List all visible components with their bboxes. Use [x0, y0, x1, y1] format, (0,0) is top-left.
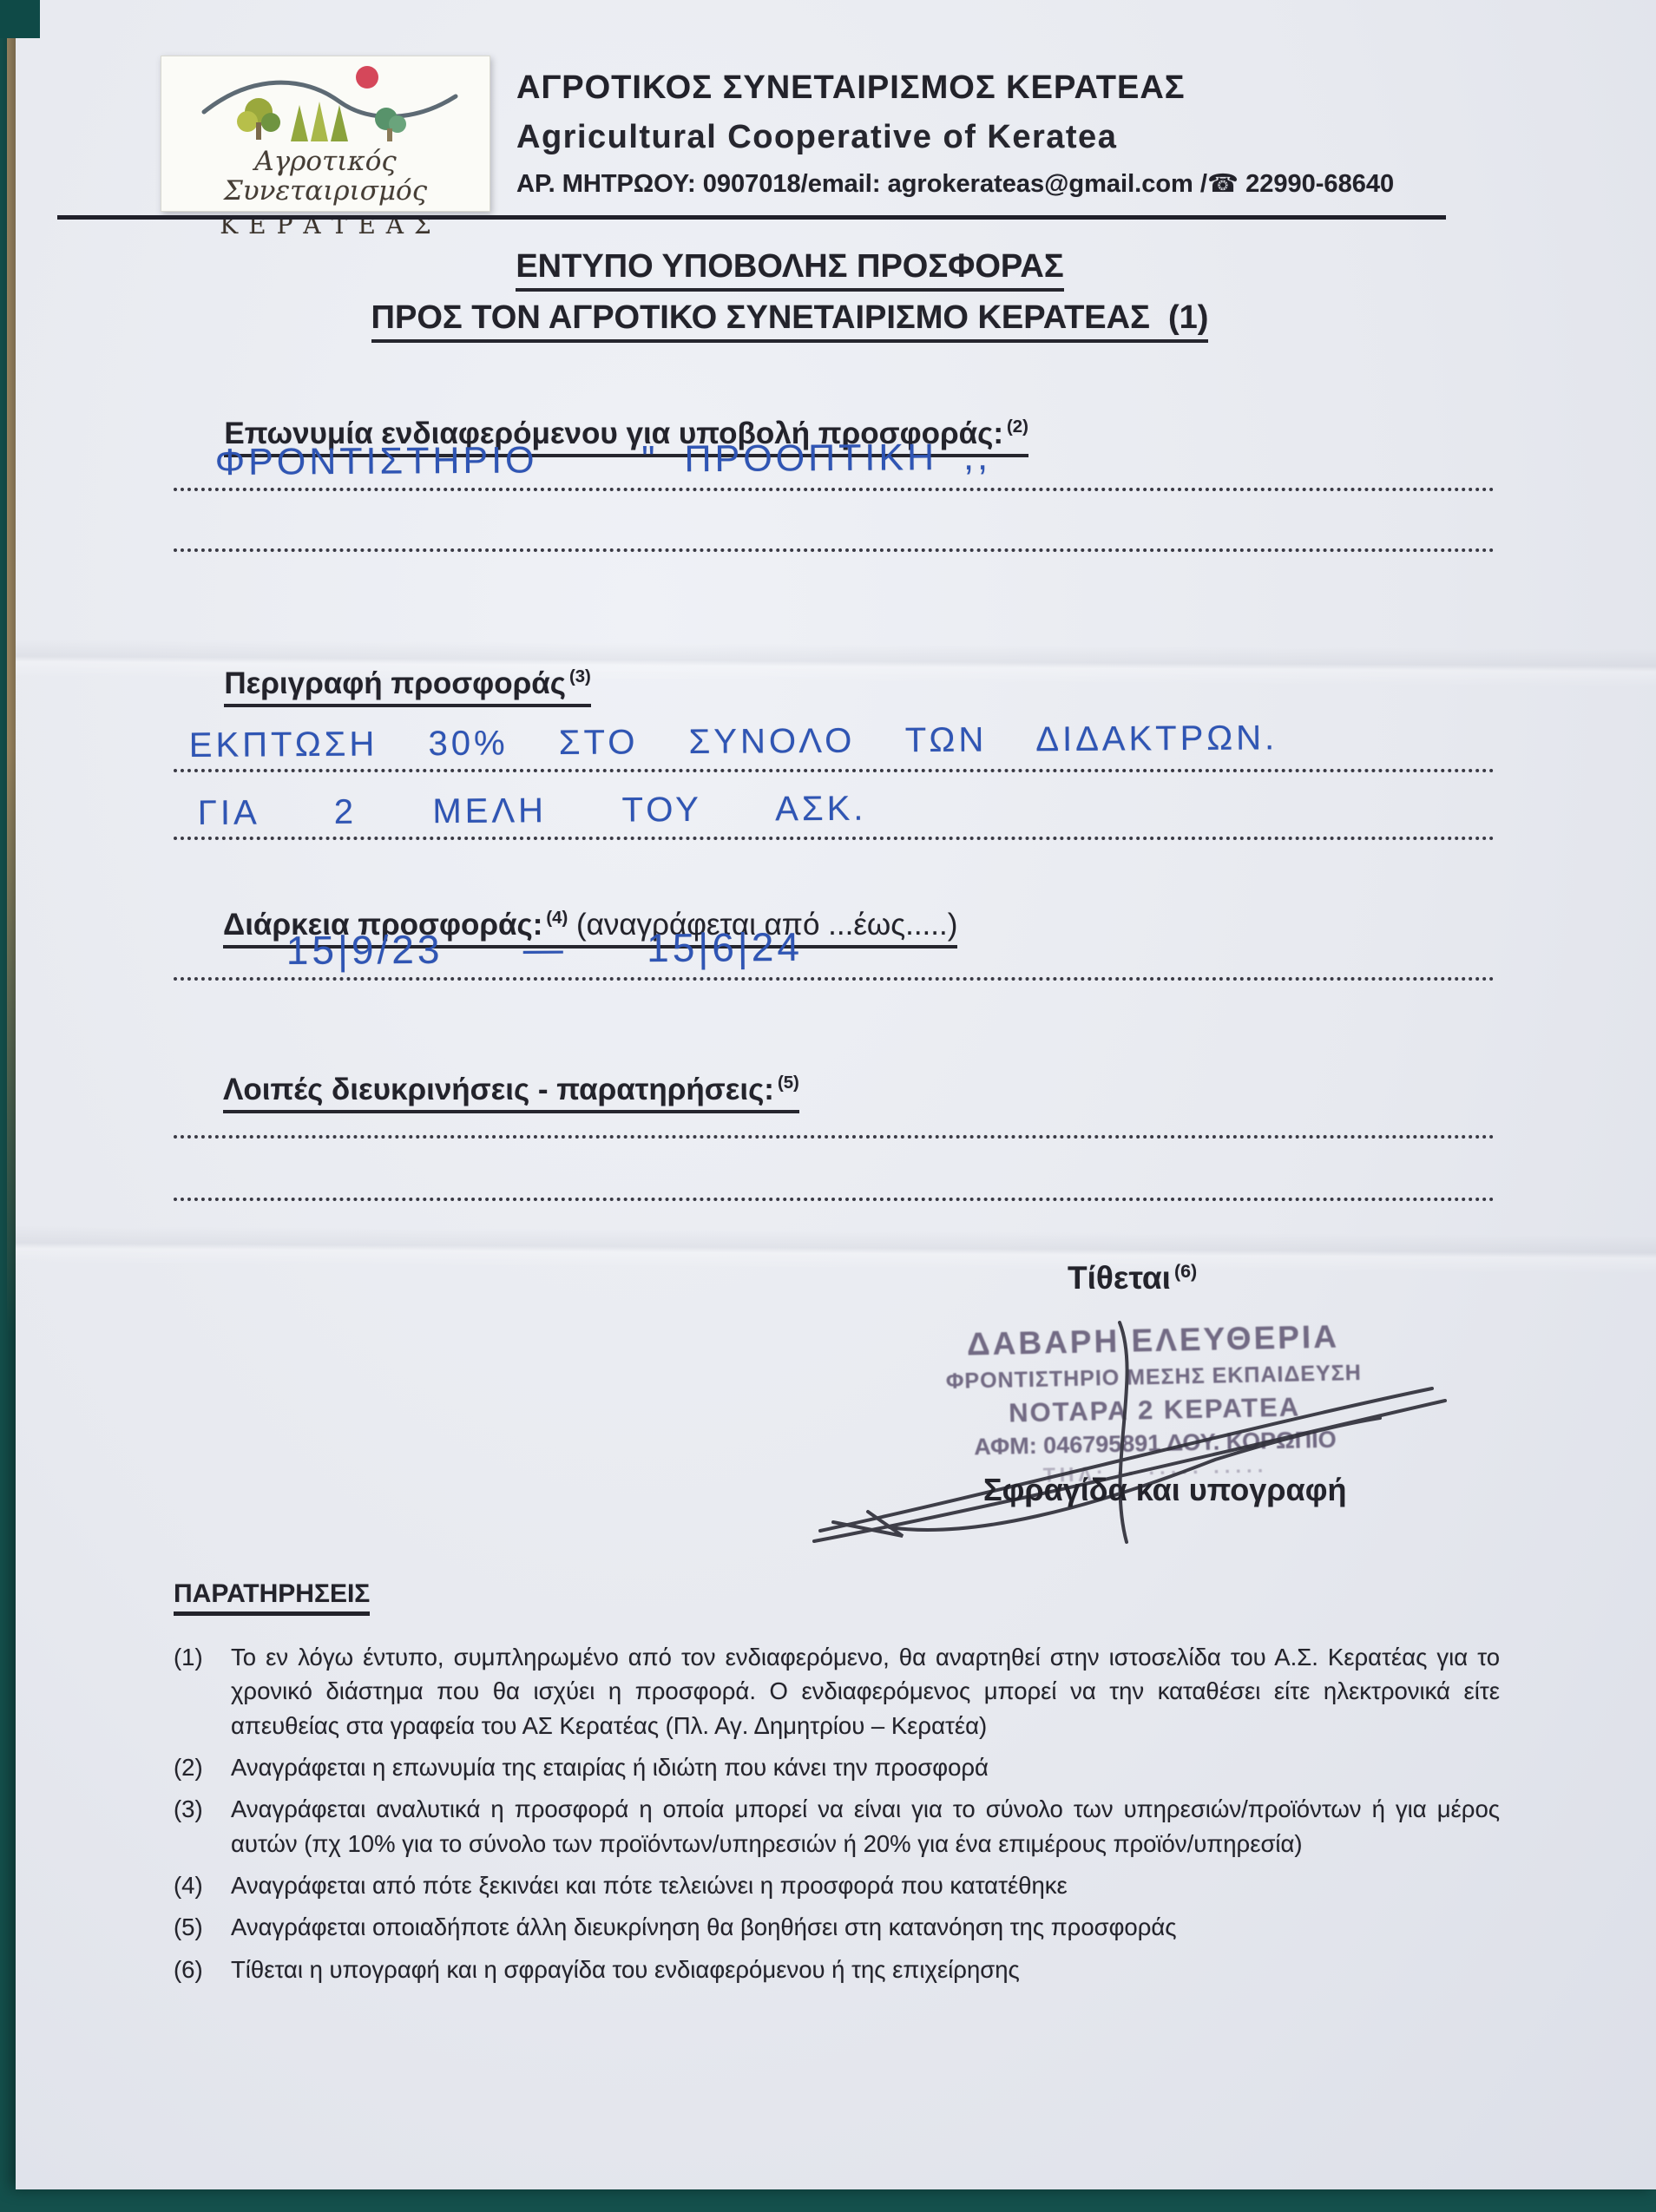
note-item: (4) Αναγράφεται από πότε ξεκινάει και πό…: [174, 1868, 1500, 1902]
handwritten-offer-description-line2: ΓΙΑ 2 ΜΕΛΗ ΤΟΥ ΑΣΚ.: [198, 790, 867, 833]
note-item: (2) Αναγράφεται η επωνυμία της εταιρίας …: [174, 1750, 1500, 1784]
note-ref-5: (5): [778, 1073, 799, 1093]
signature-caption-top: Τίθεται(6): [1068, 1260, 1197, 1296]
background-corner: [0, 0, 40, 38]
dotted-writing-line: [174, 1158, 1495, 1201]
coop-logo: Αγροτικός Συνεταιρισμός ΚΕΡΑΤΕΑΣ: [161, 56, 490, 212]
logo-title: Αγροτικός Συνεταιρισμός: [161, 147, 490, 206]
form-title-line1: ΕΝΤΥΠΟ ΥΠΟΒΟΛΗΣ ΠΡΟΣΦΟΡΑΣ: [516, 248, 1063, 292]
header-divider: [57, 215, 1446, 220]
note-item: (1) Το εν λόγω έντυπο, συμπληρωμένο από …: [174, 1640, 1500, 1743]
document-paper: Αγροτικός Συνεταιρισμός ΚΕΡΑΤΕΑΣ ΑΓΡΟΤΙΚ…: [16, 0, 1656, 2189]
org-name-english: Agricultural Cooperative of Keratea: [516, 119, 1394, 156]
paper-fold: [16, 1225, 1656, 1274]
handwritten-offer-description-line1: ΕΚΠΤΩΣΗ 30% ΣΤΟ ΣΥΝΟΛΟ ΤΩΝ ΔΙΔΑΚΤΡΩΝ.: [189, 719, 1278, 765]
handwritten-duration-dates: 15|9/23 — 15|6|24: [286, 923, 804, 974]
dotted-writing-line: ΓΙΑ 2 ΜΕΛΗ ΤΟΥ ΑΣΚ.: [174, 781, 1495, 840]
notes-list: (1) Το εν λόγω έντυπο, συμπληρωμένο από …: [174, 1640, 1500, 1994]
notes-heading: ΠΑΡΑΤΗΡΗΣΕΙΣ: [174, 1579, 370, 1609]
note-ref-6: (6): [1174, 1261, 1197, 1282]
dotted-writing-line: ΕΚΠΤΩΣΗ 30% ΣΤΟ ΣΥΝΟΛΟ ΤΩΝ ΔΙΔΑΚΤΡΩΝ.: [174, 682, 1495, 772]
photo-background: Αγροτικός Συνεταιρισμός ΚΕΡΑΤΕΑΣ ΑΓΡΟΤΙΚ…: [0, 0, 1656, 2212]
dotted-writing-line: [174, 502, 1495, 552]
note-item: (3) Αναγράφεται αναλυτικά η προσφορά η ο…: [174, 1792, 1500, 1861]
dotted-writing-line: 15|9/23 — 15|6|24: [174, 915, 1495, 981]
org-name-greek: ΑΓΡΟΤΙΚΟΣ ΣΥΝΕΤΑΙΡΙΣΜΟΣ ΚΕΡΑΤΕΑΣ: [516, 69, 1394, 107]
logo-sun-icon: [356, 66, 378, 89]
logo-landscape-icon: [169, 60, 482, 145]
form-title: ΕΝΤΥΠΟ ΥΠΟΒΟΛΗΣ ΠΡΟΣΦΟΡΑΣ ΠΡΟΣ ΤΟΝ ΑΓΡΟΤ…: [113, 248, 1467, 351]
header-text: ΑΓΡΟΤΙΚΟΣ ΣΥΝΕΤΑΙΡΙΣΜΟΣ ΚΕΡΑΤΕΑΣ Agricul…: [516, 69, 1394, 199]
form-title-line2: ΠΡΟΣ ΤΟΝ ΑΓΡΟΤΙΚΟ ΣΥΝΕΤΑΙΡΙΣΜΟ ΚΕΡΑΤΕΑΣ …: [371, 299, 1209, 343]
signature-strokes: [807, 1303, 1502, 1546]
registry-line: ΑΡ. ΜΗΤΡΩΟΥ: 0907018/email: agrokerateas…: [516, 168, 1394, 199]
dotted-writing-line: [174, 1095, 1495, 1139]
dotted-writing-line: ΦΡΟΝΤΙΣΤΗΡΙΟ " ΠΡΟΟΠΤΙΚΗ ,,: [174, 432, 1495, 491]
note-item: (6) Τίθεται η υπογραφή και η σφραγίδα το…: [174, 1953, 1500, 1986]
handwritten-company-name: ΦΡΟΝΤΙΣΤΗΡΙΟ " ΠΡΟΟΠΤΙΚΗ ,,: [215, 436, 991, 484]
note-item: (5) Αναγράφεται οποιαδήποτε άλλη διευκρί…: [174, 1910, 1500, 1944]
signature-caption-bottom: Σφραγίδα και υπογραφή: [983, 1472, 1346, 1508]
